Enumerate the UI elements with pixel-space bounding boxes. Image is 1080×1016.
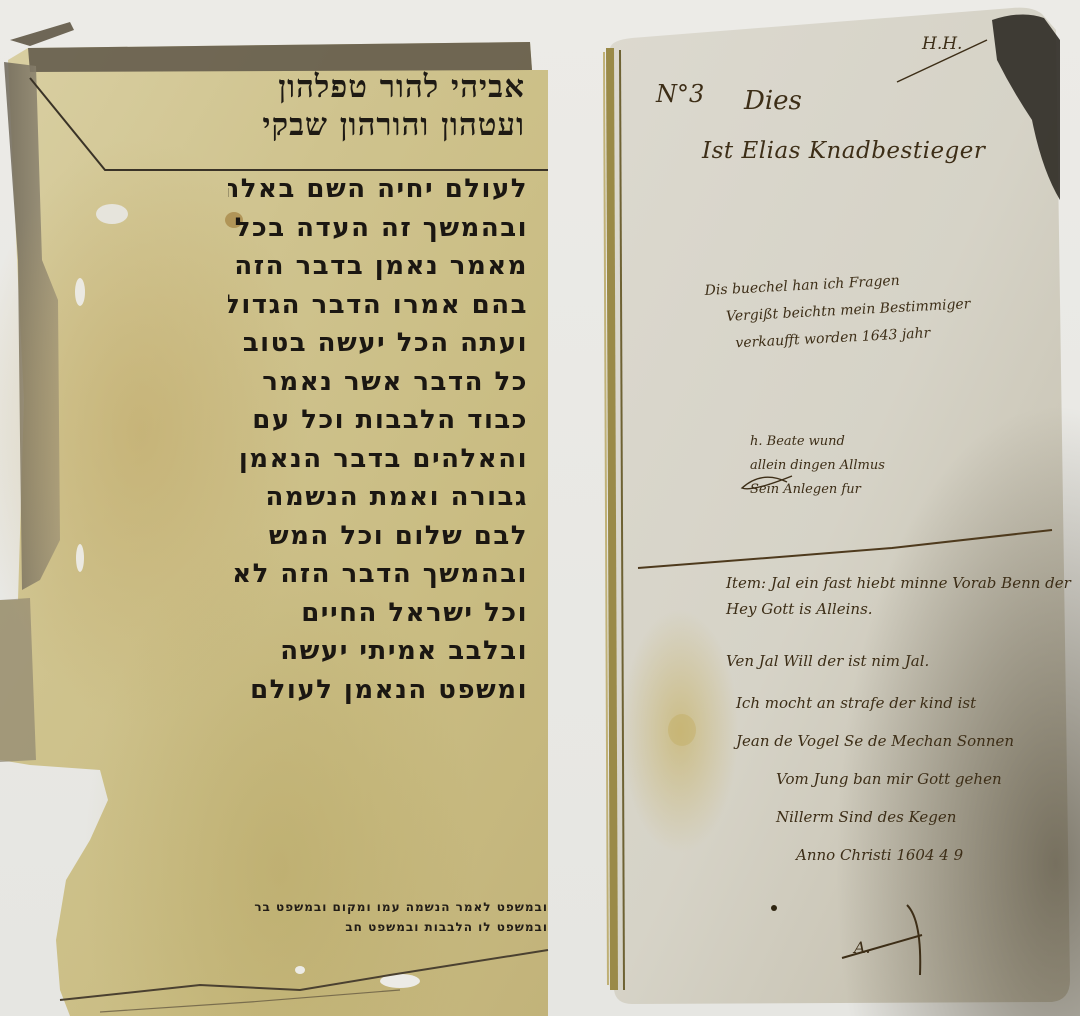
hebrew-line: ובהמשך הדבר הזה לא: [228, 555, 528, 594]
german-manuscript-page: N°3 H.H. Dies Ist Elias Knadbestieger Di…: [592, 0, 1080, 1016]
hebrew-line: ובלבב אמיתי יעשה: [228, 632, 528, 671]
title-line-1: Dies: [744, 86, 802, 116]
paragraph-2: h. Beate wund allein dingen Allmus Sein …: [750, 430, 885, 502]
hebrew-line: לעולם יחיה השם באלהים: [228, 170, 528, 209]
hebrew-line: מאמר נאמן בדבר הזה לא: [228, 247, 528, 286]
hebrew-line: וכל ישראל החיים: [228, 594, 528, 633]
entry-line: Ich mocht an strafe der kind ist: [726, 690, 1071, 716]
hebrew-line: ומשפט הנאמן לעולם: [228, 671, 528, 710]
corner-mark: H.H.: [922, 34, 962, 54]
entry-line: Nillerm Sind des Kegen: [726, 804, 1071, 830]
paragraph-line: allein dingen Allmus: [750, 454, 885, 478]
hebrew-header-block: אביהי להור טפלהון ועטהון והורהון שבקי: [205, 68, 525, 144]
hebrew-header-line: אביהי להור טפלהון: [205, 68, 525, 106]
hebrew-line: ובהמשך זה העדה בכל: [228, 209, 528, 248]
paragraph-1: Dis buechel han ich Fragen Vergißt beich…: [704, 264, 973, 359]
hebrew-line: והאלהים בדבר הנאמן: [228, 440, 528, 479]
entry-line: Item: Jal ein fast hiebt minne Vorab Ben…: [726, 570, 1071, 596]
paragraph-line: h. Beate wund: [750, 430, 885, 454]
hebrew-header-line: ועטהון והורהון שבקי: [205, 106, 525, 144]
hebrew-line: בהם אמרו הדבר הגדול: [228, 286, 528, 325]
entry-line: Hey Gott is Alleins.: [726, 596, 1071, 622]
entries-block: Item: Jal ein fast hiebt minne Vorab Ben…: [726, 570, 1071, 868]
entry-line: Anno Christi 1604 4 9: [726, 842, 1071, 868]
hebrew-line: כבוד הלבבות וכל עם: [228, 401, 528, 440]
signature-mark: A.: [854, 938, 871, 957]
entry-line: Vom Jung ban mir Gott gehen: [726, 766, 1071, 792]
hebrew-line: לבם שלום וכל המש: [228, 517, 528, 556]
hebrew-line: ועתה הכל יעשה בטוב: [228, 324, 528, 363]
hebrew-body-text: לעולם יחיה השם באלהים ובהמשך זה העדה בכל…: [228, 170, 528, 709]
folio-number: N°3: [656, 80, 704, 108]
hebrew-small-line: ובמשפט לו הלבבות ובמשפט חב: [252, 917, 548, 937]
paragraph-line: Sein Anlegen fur: [750, 478, 885, 502]
hebrew-footer-text: ובמשפט לאמר הנשמה עמו ומקום ובמשפט בר וב…: [252, 897, 548, 937]
title-line-2: Ist Elias Knadbestieger: [702, 138, 985, 164]
hebrew-manuscript-page: אביהי להור טפלהון ועטהון והורהון שבקי לע…: [0, 0, 560, 1016]
entry-line: Ven Jal Will der ist nim Jal.: [726, 648, 1071, 674]
hebrew-small-line: ובמשפט לאמר הנשמה עמו ומקום ובמשפט בר: [252, 897, 548, 917]
hebrew-line: גבורה ואמת הנשמה: [228, 478, 528, 517]
entry-line: Jean de Vogel Se de Mechan Sonnen: [726, 728, 1071, 754]
hebrew-line: כל הדבר אשר נאמר: [228, 363, 528, 402]
